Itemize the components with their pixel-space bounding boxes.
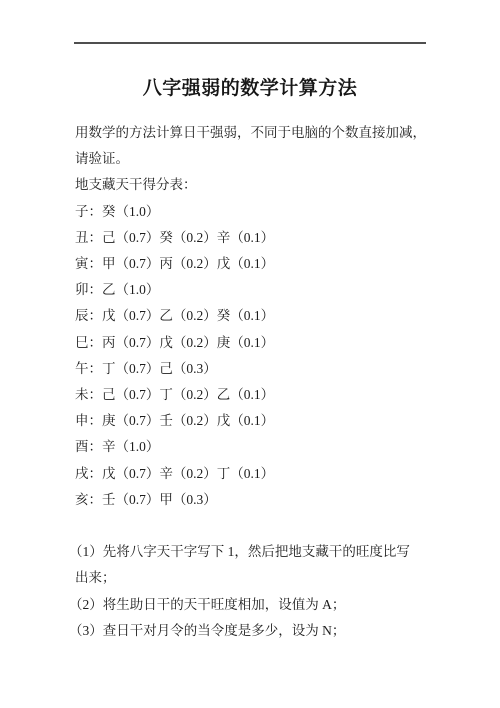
score-table-line-shen: 申：庚（0.7）壬（0.2）戊（0.1） (75, 408, 427, 434)
step-line-1-continuation: 出来； (75, 565, 427, 591)
score-table-line-si: 巳：丙（0.7）戊（0.2）庚（0.1） (75, 330, 427, 356)
step-line-2: （2）将生助日干的天干旺度相加，设值为 A； (69, 592, 427, 618)
step-line-3: （3）查日干对月令的当令度是多少，设为 N； (69, 618, 427, 644)
document-title: 八字强弱的数学计算方法 (0, 76, 500, 102)
document-body: 用数学的方法计算日干强弱，不同于电脑的个数直接加减， 请验证。 地支藏天干得分表… (75, 120, 427, 644)
score-table-line-chou: 丑：己（0.7）癸（0.2）辛（0.1） (75, 225, 427, 251)
score-table-line-wu: 午：丁（0.7）己（0.3） (75, 356, 427, 382)
score-table-line-hai: 亥：壬（0.7）甲（0.3） (75, 487, 427, 513)
score-table-line-xu: 戌：戊（0.7）辛（0.2）丁（0.1） (75, 461, 427, 487)
intro-line: 用数学的方法计算日干强弱，不同于电脑的个数直接加减， (75, 120, 427, 146)
intro-line: 请验证。 (75, 146, 427, 172)
step-line-1: （1）先将八字天干字写下 1，然后把地支藏干的旺度比写 (69, 539, 427, 565)
score-table-line-chen: 辰：戊（0.7）乙（0.2）癸（0.1） (75, 303, 427, 329)
header-horizontal-rule (74, 42, 426, 44)
document-page: 八字强弱的数学计算方法 用数学的方法计算日干强弱，不同于电脑的个数直接加减， 请… (0, 0, 500, 708)
blank-line (75, 513, 427, 539)
score-table-line-yin: 寅：甲（0.7）丙（0.2）戊（0.1） (75, 251, 427, 277)
score-table-line-you: 酉：辛（1.0） (75, 434, 427, 460)
score-table-line-wei: 未：己（0.7）丁（0.2）乙（0.1） (75, 382, 427, 408)
score-table-line-zi: 子：癸（1.0） (75, 199, 427, 225)
score-table-heading: 地支藏天干得分表： (75, 172, 427, 198)
score-table-line-mao: 卯：乙（1.0） (75, 277, 427, 303)
